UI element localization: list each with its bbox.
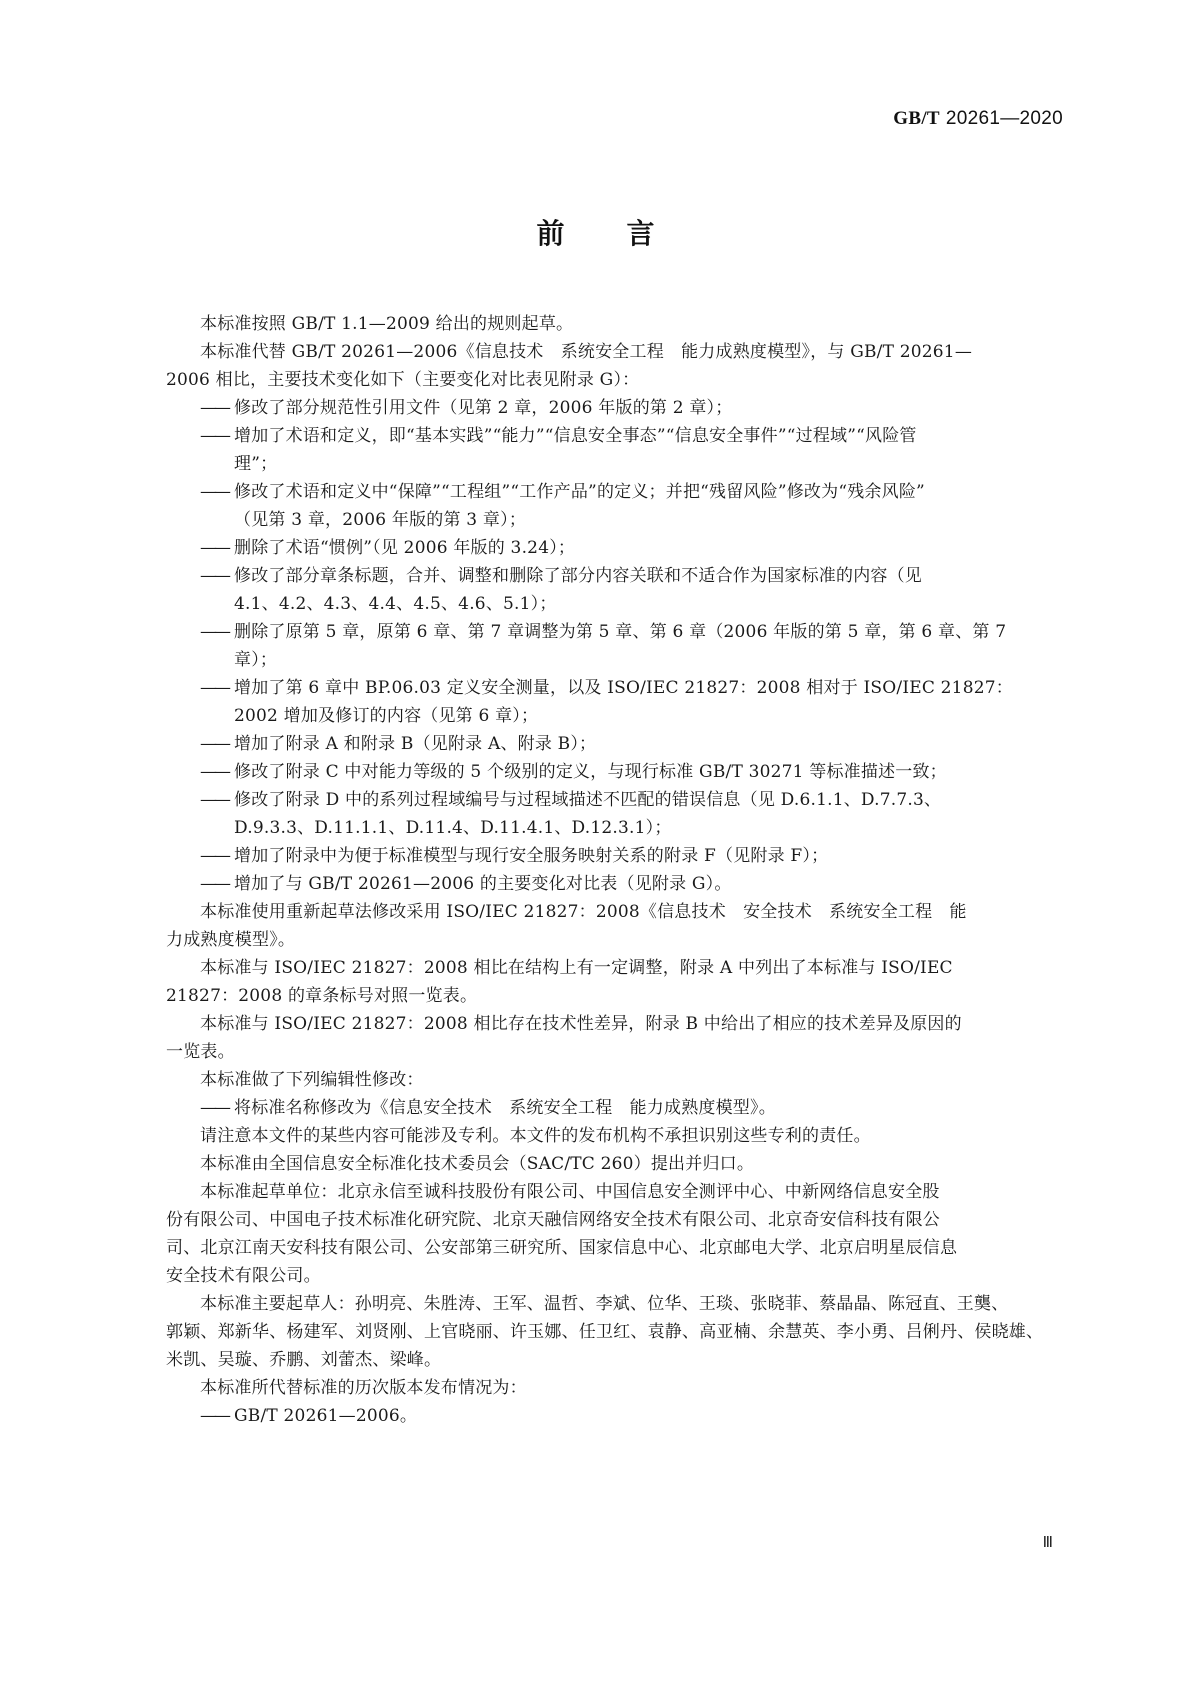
line-text: 本标准做了下列编辑性修改： (200, 1070, 424, 1090)
paragraph-line: 力成熟度模型》。 (166, 926, 1056, 954)
paragraph-line: 本标准主要起草人：孙明亮、朱胜涛、王军、温哲、李斌、位华、王琰、张晓菲、蔡晶晶、… (166, 1290, 1056, 1318)
line-text: 份有限公司、中国电子技术标准化研究院、北京天融信网络安全技术有限公司、北京奇安信… (166, 1210, 940, 1230)
list-item-line: ——增加了附录中为便于标准模型与现行安全服务映射关系的附录 F（见附录 F）； (166, 842, 1056, 870)
list-item-line: ——修改了部分规范性引用文件（见第 2 章，2006 年版的第 2 章）； (166, 394, 1056, 422)
line-text: 本标准主要起草人：孙明亮、朱胜涛、王军、温哲、李斌、位华、王琰、张晓菲、蔡晶晶、… (200, 1294, 1008, 1314)
list-item-line: ——GB/T 20261—2006。 (166, 1402, 1056, 1430)
line-text: （见第 3 章，2006 年版的第 3 章）； (234, 510, 526, 530)
title-char-2: 言 (627, 212, 655, 252)
line-text: 4.1、4.2、4.3、4.4、4.5、4.6、5.1）； (234, 594, 557, 614)
line-text: 司、北京江南天安科技有限公司、公安部第三研究所、国家信息中心、北京邮电大学、北京… (166, 1238, 957, 1258)
paragraph-line: 21827：2008 的章条标号对照一览表。 (166, 982, 1056, 1010)
line-text: 修改了部分规范性引用文件（见第 2 章，2006 年版的第 2 章）； (234, 398, 732, 418)
paragraph-line: 份有限公司、中国电子技术标准化研究院、北京天融信网络安全技术有限公司、北京奇安信… (166, 1206, 1056, 1234)
paragraph-line: 本标准做了下列编辑性修改： (166, 1066, 1056, 1094)
em-dash-bullet: —— (200, 730, 234, 758)
em-dash-bullet: —— (200, 758, 234, 786)
list-item-line: ——修改了附录 D 中的系列过程域编号与过程域描述不匹配的错误信息（见 D.6.… (166, 786, 1056, 814)
em-dash-bullet: —— (200, 422, 234, 450)
list-item-line: 2002 增加及修订的内容（见第 6 章）； (166, 702, 1056, 730)
line-text: 本标准起草单位：北京永信至诚科技股份有限公司、中国信息安全测评中心、中新网络信息… (200, 1182, 940, 1202)
paragraph-line: 2006 相比，主要技术变化如下（主要变化对比表见附录 G）： (166, 366, 1056, 394)
paragraph-line: 本标准与 ISO/IEC 21827：2008 相比存在技术性差异，附录 B 中… (166, 1010, 1056, 1038)
paragraph-line: 本标准与 ISO/IEC 21827：2008 相比在结构上有一定调整，附录 A… (166, 954, 1056, 982)
paragraph-line: 本标准所代替标准的历次版本发布情况为： (166, 1374, 1056, 1402)
line-text: 本标准与 ISO/IEC 21827：2008 相比在结构上有一定调整，附录 A… (200, 958, 953, 978)
line-text: 本标准代替 GB/T 20261—2006《信息技术 系统安全工程 能力成熟度模… (200, 342, 972, 362)
list-item-line: ——增加了与 GB/T 20261—2006 的主要变化对比表（见附录 G）。 (166, 870, 1056, 898)
paragraph-line: 司、北京江南天安科技有限公司、公安部第三研究所、国家信息中心、北京邮电大学、北京… (166, 1234, 1056, 1262)
list-item-line: ——增加了第 6 章中 BP.06.03 定义安全测量，以及 ISO/IEC 2… (166, 674, 1056, 702)
line-text: 修改了术语和定义中“保障”“工程组”“工作产品”的定义；并把“残留风险”修改为“… (234, 482, 925, 502)
page-number: Ⅲ (1043, 1533, 1053, 1552)
em-dash-bullet: —— (200, 870, 234, 898)
paragraph-line: 安全技术有限公司。 (166, 1262, 1056, 1290)
line-text: 本标准由全国信息安全标准化技术委员会（SAC/TC 260）提出并归口。 (200, 1154, 754, 1174)
paragraph-line: 本标准代替 GB/T 20261—2006《信息技术 系统安全工程 能力成熟度模… (166, 338, 1056, 366)
line-text: 本标准所代替标准的历次版本发布情况为： (200, 1378, 527, 1398)
line-text: 将标准名称修改为《信息安全技术 系统安全工程 能力成熟度模型》。 (234, 1098, 776, 1118)
em-dash-bullet: —— (200, 562, 234, 590)
paragraph-line: 本标准使用重新起草法修改采用 ISO/IEC 21827：2008《信息技术 安… (166, 898, 1056, 926)
line-text: 一览表。 (166, 1042, 235, 1062)
line-text: 安全技术有限公司。 (166, 1266, 321, 1286)
line-text: 增加了附录中为便于标准模型与现行安全服务映射关系的附录 F（见附录 F）； (234, 846, 828, 866)
line-text: 2002 增加及修订的内容（见第 6 章）； (234, 706, 538, 726)
list-item-line: ——修改了术语和定义中“保障”“工程组”“工作产品”的定义；并把“残留风险”修改… (166, 478, 1056, 506)
list-item-line: 4.1、4.2、4.3、4.4、4.5、4.6、5.1）； (166, 590, 1056, 618)
list-item-line: ——增加了术语和定义，即“基本实践”“能力”“信息安全事态”“信息安全事件”“过… (166, 422, 1056, 450)
line-text: 力成熟度模型》。 (166, 930, 295, 950)
line-text: 请注意本文件的某些内容可能涉及专利。本文件的发布机构不承担识别这些专利的责任。 (200, 1126, 871, 1146)
title-char-1: 前 (536, 212, 564, 252)
paragraph-line: 本标准按照 GB/T 1.1—2009 给出的规则起草。 (166, 310, 1056, 338)
list-item-line: ——修改了部分章条标题，合并、调整和删除了部分内容关联和不适合作为国家标准的内容… (166, 562, 1056, 590)
list-item-line: ——删除了原第 5 章，原第 6 章、第 7 章调整为第 5 章、第 6 章（2… (166, 618, 1056, 646)
list-item-line: 理”； (166, 450, 1056, 478)
line-text: 增加了附录 A 和附录 B（见附录 A、附录 B）； (234, 734, 596, 754)
line-text: 本标准按照 GB/T 1.1—2009 给出的规则起草。 (200, 314, 573, 334)
paragraph-line: 一览表。 (166, 1038, 1056, 1066)
em-dash-bullet: —— (200, 674, 234, 702)
line-text: 修改了附录 D 中的系列过程域编号与过程域描述不匹配的错误信息（见 D.6.1.… (234, 790, 941, 810)
paragraph-line: 米凯、吴璇、乔鹏、刘蕾杰、梁峰。 (166, 1346, 1056, 1374)
list-item-line: （见第 3 章，2006 年版的第 3 章）； (166, 506, 1056, 534)
standard-code-header: GB/T20261—2020 (893, 108, 1063, 130)
line-text: 修改了附录 C 中对能力等级的 5 个级别的定义，与现行标准 GB/T 3027… (234, 762, 947, 782)
line-text: 增加了术语和定义，即“基本实践”“能力”“信息安全事态”“信息安全事件”“过程域… (234, 426, 917, 446)
list-item-line: ——删除了术语“惯例”（见 2006 年版的 3.24）； (166, 534, 1056, 562)
em-dash-bullet: —— (200, 1094, 234, 1122)
paragraph-line: 郭颖、郑新华、杨建军、刘贤刚、上官晓丽、许玉娜、任卫红、袁静、高亚楠、余慧英、李… (166, 1318, 1056, 1346)
line-text: 本标准与 ISO/IEC 21827：2008 相比存在技术性差异，附录 B 中… (200, 1014, 962, 1034)
line-text: 21827：2008 的章条标号对照一览表。 (166, 986, 477, 1006)
line-text: 删除了原第 5 章，原第 6 章、第 7 章调整为第 5 章、第 6 章（200… (234, 622, 1006, 642)
paragraph-line: 请注意本文件的某些内容可能涉及专利。本文件的发布机构不承担识别这些专利的责任。 (166, 1122, 1056, 1150)
em-dash-bullet: —— (200, 786, 234, 814)
line-text: 章）； (234, 650, 277, 670)
line-text: 2006 相比，主要技术变化如下（主要变化对比表见附录 G）： (166, 370, 639, 390)
line-text: 米凯、吴璇、乔鹏、刘蕾杰、梁峰。 (166, 1350, 441, 1370)
line-text: D.9.3.3、D.11.1.1、D.11.4、D.11.4.1、D.12.3.… (234, 818, 672, 838)
paragraph-line: 本标准由全国信息安全标准化技术委员会（SAC/TC 260）提出并归口。 (166, 1150, 1056, 1178)
page-title: 前言 (0, 212, 1191, 252)
line-text: 郭颖、郑新华、杨建军、刘贤刚、上官晓丽、许玉娜、任卫红、袁静、高亚楠、余慧英、李… (166, 1322, 1043, 1342)
list-item-line: 章）； (166, 646, 1056, 674)
em-dash-bullet: —— (200, 394, 234, 422)
standard-number: 20261—2020 (946, 108, 1063, 129)
em-dash-bullet: —— (200, 1402, 234, 1430)
em-dash-bullet: —— (200, 618, 234, 646)
em-dash-bullet: —— (200, 842, 234, 870)
foreword-body: 本标准按照 GB/T 1.1—2009 给出的规则起草。本标准代替 GB/T 2… (166, 310, 1056, 1430)
list-item-line: ——增加了附录 A 和附录 B（见附录 A、附录 B）； (166, 730, 1056, 758)
line-text: GB/T 20261—2006。 (234, 1406, 417, 1426)
line-text: 删除了术语“惯例”（见 2006 年版的 3.24）； (234, 538, 575, 558)
list-item-line: ——修改了附录 C 中对能力等级的 5 个级别的定义，与现行标准 GB/T 30… (166, 758, 1056, 786)
line-text: 增加了与 GB/T 20261—2006 的主要变化对比表（见附录 G）。 (234, 874, 732, 894)
line-text: 增加了第 6 章中 BP.06.03 定义安全测量，以及 ISO/IEC 218… (234, 678, 1013, 698)
standard-prefix: GB/T (893, 108, 940, 129)
line-text: 修改了部分章条标题，合并、调整和删除了部分内容关联和不适合作为国家标准的内容（见 (234, 566, 922, 586)
em-dash-bullet: —— (200, 478, 234, 506)
list-item-line: D.9.3.3、D.11.1.1、D.11.4、D.11.4.1、D.12.3.… (166, 814, 1056, 842)
line-text: 本标准使用重新起草法修改采用 ISO/IEC 21827：2008《信息技术 安… (200, 902, 967, 922)
line-text: 理”； (234, 454, 277, 474)
list-item-line: ——将标准名称修改为《信息安全技术 系统安全工程 能力成熟度模型》。 (166, 1094, 1056, 1122)
em-dash-bullet: —— (200, 534, 234, 562)
paragraph-line: 本标准起草单位：北京永信至诚科技股份有限公司、中国信息安全测评中心、中新网络信息… (166, 1178, 1056, 1206)
